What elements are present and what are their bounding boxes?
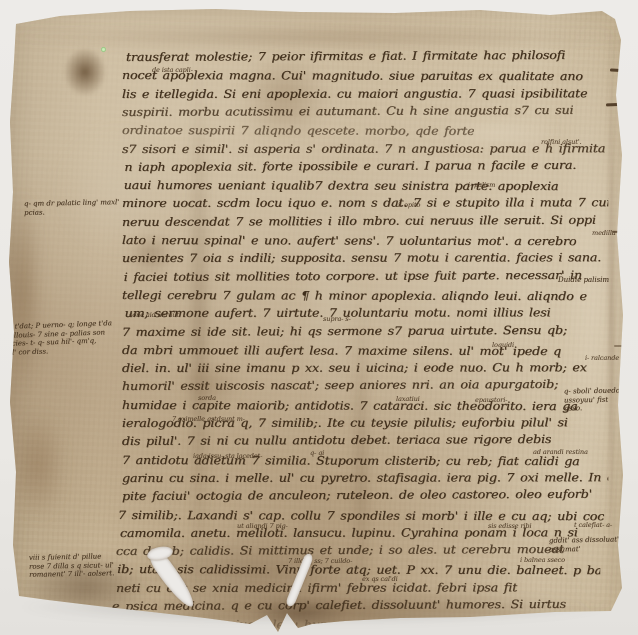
interlinear-gloss: i- ralcande [585,354,619,362]
interlinear-gloss: sorda [198,394,216,402]
interlinear-gloss: q- qi [310,449,324,457]
stitch-mark [610,68,632,72]
interlinear-gloss: t calefiat- a- [574,521,612,529]
text-line: diel. in. ul' iii sine imanu p xx. seu i… [122,360,587,375]
text-line: 7 similib;. Laxandi s' cap. collu 7 spon… [118,508,604,523]
interlinear-gloss: i balnea sseco [520,556,565,564]
text-line: lato i neruu spinal' e uno. aufert' sens… [122,233,577,248]
parchment-page: Atrausferat molestie; 7 peior ifirmitas … [0,0,638,635]
stitch-mark [606,103,632,107]
manuscript-photo: Atrausferat molestie; 7 peior ifirmitas … [0,0,638,635]
text-line: Cib; utam sis calidissimi. Vinu forte at… [114,562,600,577]
interlinear-gloss: laxatiui [396,395,420,403]
margin-note-line: gddit' ass dissoluat' 7 [549,535,626,545]
margin-note-line: pcias. [24,207,119,217]
text-line: humidae i capite maiorib; antidotis. 7 c… [122,398,578,413]
text-line: tellegi cerebru 7 gulam ac ¶ h minor apo… [122,288,587,303]
interlinear-gloss: rolfini alsut'. [541,138,581,146]
interlinear-gloss: 7 illd; q ss; 7 cuildo- [288,557,352,565]
text-line: uenientes 7 oia s indili; supposita. sen… [122,251,601,266]
interlinear-gloss: i- palism [468,181,495,189]
text-line: lis e itellegida. Si eni apoplexia. cu m… [122,86,587,101]
text-line: cca dereb; calidis. Si mittimus et unde;… [116,542,564,558]
text-line: suspirii. morbu acutissimu ei autumant. … [122,103,574,119]
green-speck [101,47,106,52]
interlinear-gloss: supra- s- [323,315,351,323]
text-line: Atrausferat molestie; 7 peior ifirmitas … [122,48,565,64]
stain [0,26,638,48]
left-margin-note: si t'dat; P uerno- q; longe t'datellouis… [6,319,112,357]
margin-note-line: romanent' 7 ill'- aolsert. [29,569,114,579]
interlinear-gloss: sone aid ueraut [129,311,179,319]
interlinear-gloss: ad arandi restina [533,448,588,456]
left-margin-note: q- qm dr palatic ling' maxl'pcias. [24,198,120,217]
text-line: s7 sisori e simil'. si asperia s' ordina… [122,141,605,156]
text-line: Vn iaph apoplexia sit. forte ipossibile … [122,158,576,174]
interlinear-gloss: ex qs cal'di [362,575,398,583]
text-line: ordinatoe suspirii 7 aliqndo qescete. mo… [122,123,475,138]
drop-initial: A [122,48,123,64]
interlinear-gloss: 7 oximelle qstdsunt m- [172,415,245,423]
text-line: garinu cu sina. i melle. ul' cu pyretro.… [122,470,608,485]
stain [2,190,42,390]
text-line: Si faciei totius sit mollities toto corp… [122,267,582,283]
right-margin-note: Duidie palisim [558,276,609,285]
text-line: minore uocat. scdm locu iquo e. nom s da… [122,196,608,211]
margin-note-line: q- qm dr palatic ling' maxl' [24,198,119,208]
text-line: 7 antidotu adietum 7 similia. Stuporum c… [122,453,580,468]
margin-note-line: q- sboli' douedo [564,387,620,396]
left-margin-note: viii s fuienit d' pilluerose 7 dilla s q… [29,552,115,579]
right-margin-note: gddit' ass dissoluat' 7assumat' [549,535,626,553]
interlinear-gloss: sis edisse ribi [488,522,531,530]
interlinear-gloss: i- opito [398,201,420,209]
stitch-mark [614,345,628,347]
text-line: humoril' essit uiscosis nascat'; seep an… [122,377,558,393]
text-line: pite faciui' octogia de anculeon; rutele… [122,487,592,503]
margin-note-line: Duidie palisim [558,276,609,285]
interlinear-gloss: epaustori- [475,396,507,404]
interlinear-gloss: iada issu- sta lacedot- [193,452,262,460]
margin-note-line: gsso. [564,404,620,413]
interlinear-gloss: loquidi [492,341,514,349]
text-line: neruu descendat 7 se mollities i illo mb… [122,212,596,228]
interlinear-gloss: de ista capli- [152,66,193,74]
margin-note-line: assumat' [549,544,626,554]
stain [10,410,66,520]
text-line: 7 maxime si ide sit. leui; hi qs sermone… [122,322,567,338]
stain [64,48,106,96]
interlinear-gloss: ut aliqndi 7 pig- [237,522,288,530]
right-margin-note: q- sboli' douedoussoyuu' fistgsso. [564,387,620,413]
text-line: dis pilul'. 7 si ni cu nullu antidotu de… [122,432,551,448]
